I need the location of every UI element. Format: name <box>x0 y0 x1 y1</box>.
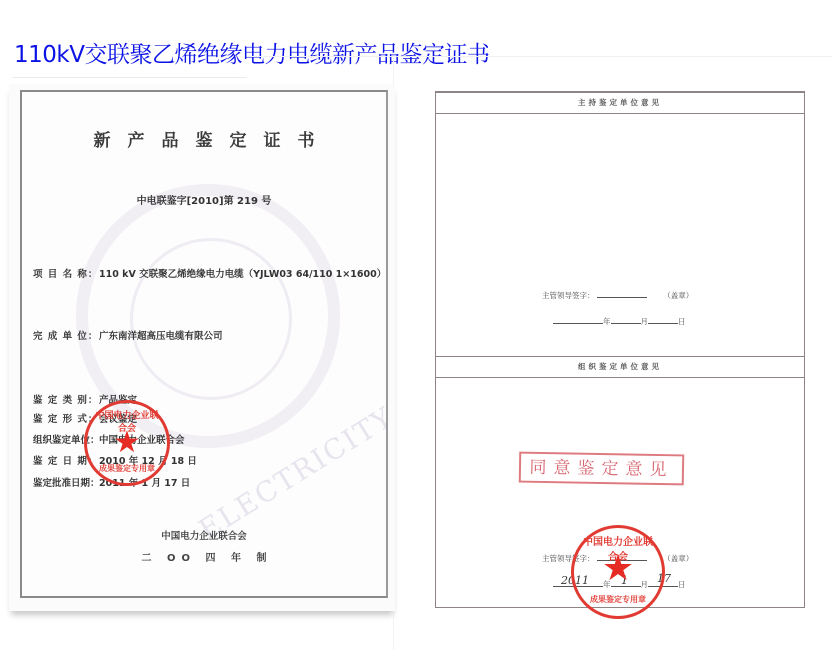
month-label: 月 <box>641 317 649 326</box>
seal-bottom-text: 成果鉴定专用章 <box>87 463 167 474</box>
field-label: 鉴 定 类 别： <box>33 392 99 406</box>
document-number: 中电联鉴字[2010]第 219 号 <box>22 192 386 207</box>
certificate-heading: 新产品鉴定证书 <box>22 126 386 151</box>
star-icon: ★ <box>574 548 662 589</box>
field-project-name: 项 目 名 称：110 kV 交联聚乙烯绝缘电力电缆（YJLW03 64/110… <box>33 266 386 280</box>
date-line-host: 年月日 <box>553 315 686 327</box>
signature-label: 主管领导签字： <box>542 291 595 300</box>
day-label: 日 <box>678 317 686 326</box>
year-label: 年 <box>603 317 611 326</box>
official-seal: 中国电力企业联合会 ★ 成果鉴定专用章 <box>84 400 170 486</box>
seal-bottom-text: 成果鉴定专用章 <box>574 594 662 605</box>
field-label: 完 成 单 位： <box>33 328 99 342</box>
star-icon: ★ <box>87 425 167 460</box>
seal-note: （盖章） <box>663 291 693 300</box>
field-label: 鉴定批准日期： <box>33 475 99 489</box>
year-blank <box>553 315 603 324</box>
field-value: 110 kV 交联聚乙烯绝缘电力电缆（YJLW03 64/110 1×1600） <box>99 269 386 280</box>
field-label: 项 目 名 称： <box>33 266 99 280</box>
divider <box>247 56 832 57</box>
signature-blank <box>597 289 647 298</box>
day-blank <box>648 315 678 324</box>
field-value: 广东南洋超高压电缆有限公司 <box>99 331 223 342</box>
section-heading-host-unit: 主持鉴定单位意见 <box>436 93 804 114</box>
day-label: 日 <box>678 580 686 589</box>
certificate-cover: ELECTRICITY COUNCIL 新产品鉴定证书 中电联鉴字[2010]第… <box>20 90 388 598</box>
official-seal: 中国电力企业联合会 ★ 成果鉴定专用章 <box>571 525 665 619</box>
section-heading-organizing-unit: 组织鉴定单位意见 <box>436 356 804 378</box>
issuer: 中国电力企业联合会 <box>22 528 386 542</box>
divider <box>12 77 247 78</box>
signature-line-host: 主管领导签字： （盖章） <box>542 289 693 301</box>
approval-stamp: 同意鉴定意见 <box>519 452 685 486</box>
month-blank <box>611 315 641 324</box>
field-completing-unit: 完 成 单 位：广东南洋超高压电缆有限公司 <box>33 328 223 342</box>
page-title: 110kV交联聚乙烯绝缘电力电缆新产品鉴定证书 <box>14 36 489 69</box>
edition: 二 OO 四 年 制 <box>22 549 386 564</box>
seal-note: （盖章） <box>663 554 693 563</box>
